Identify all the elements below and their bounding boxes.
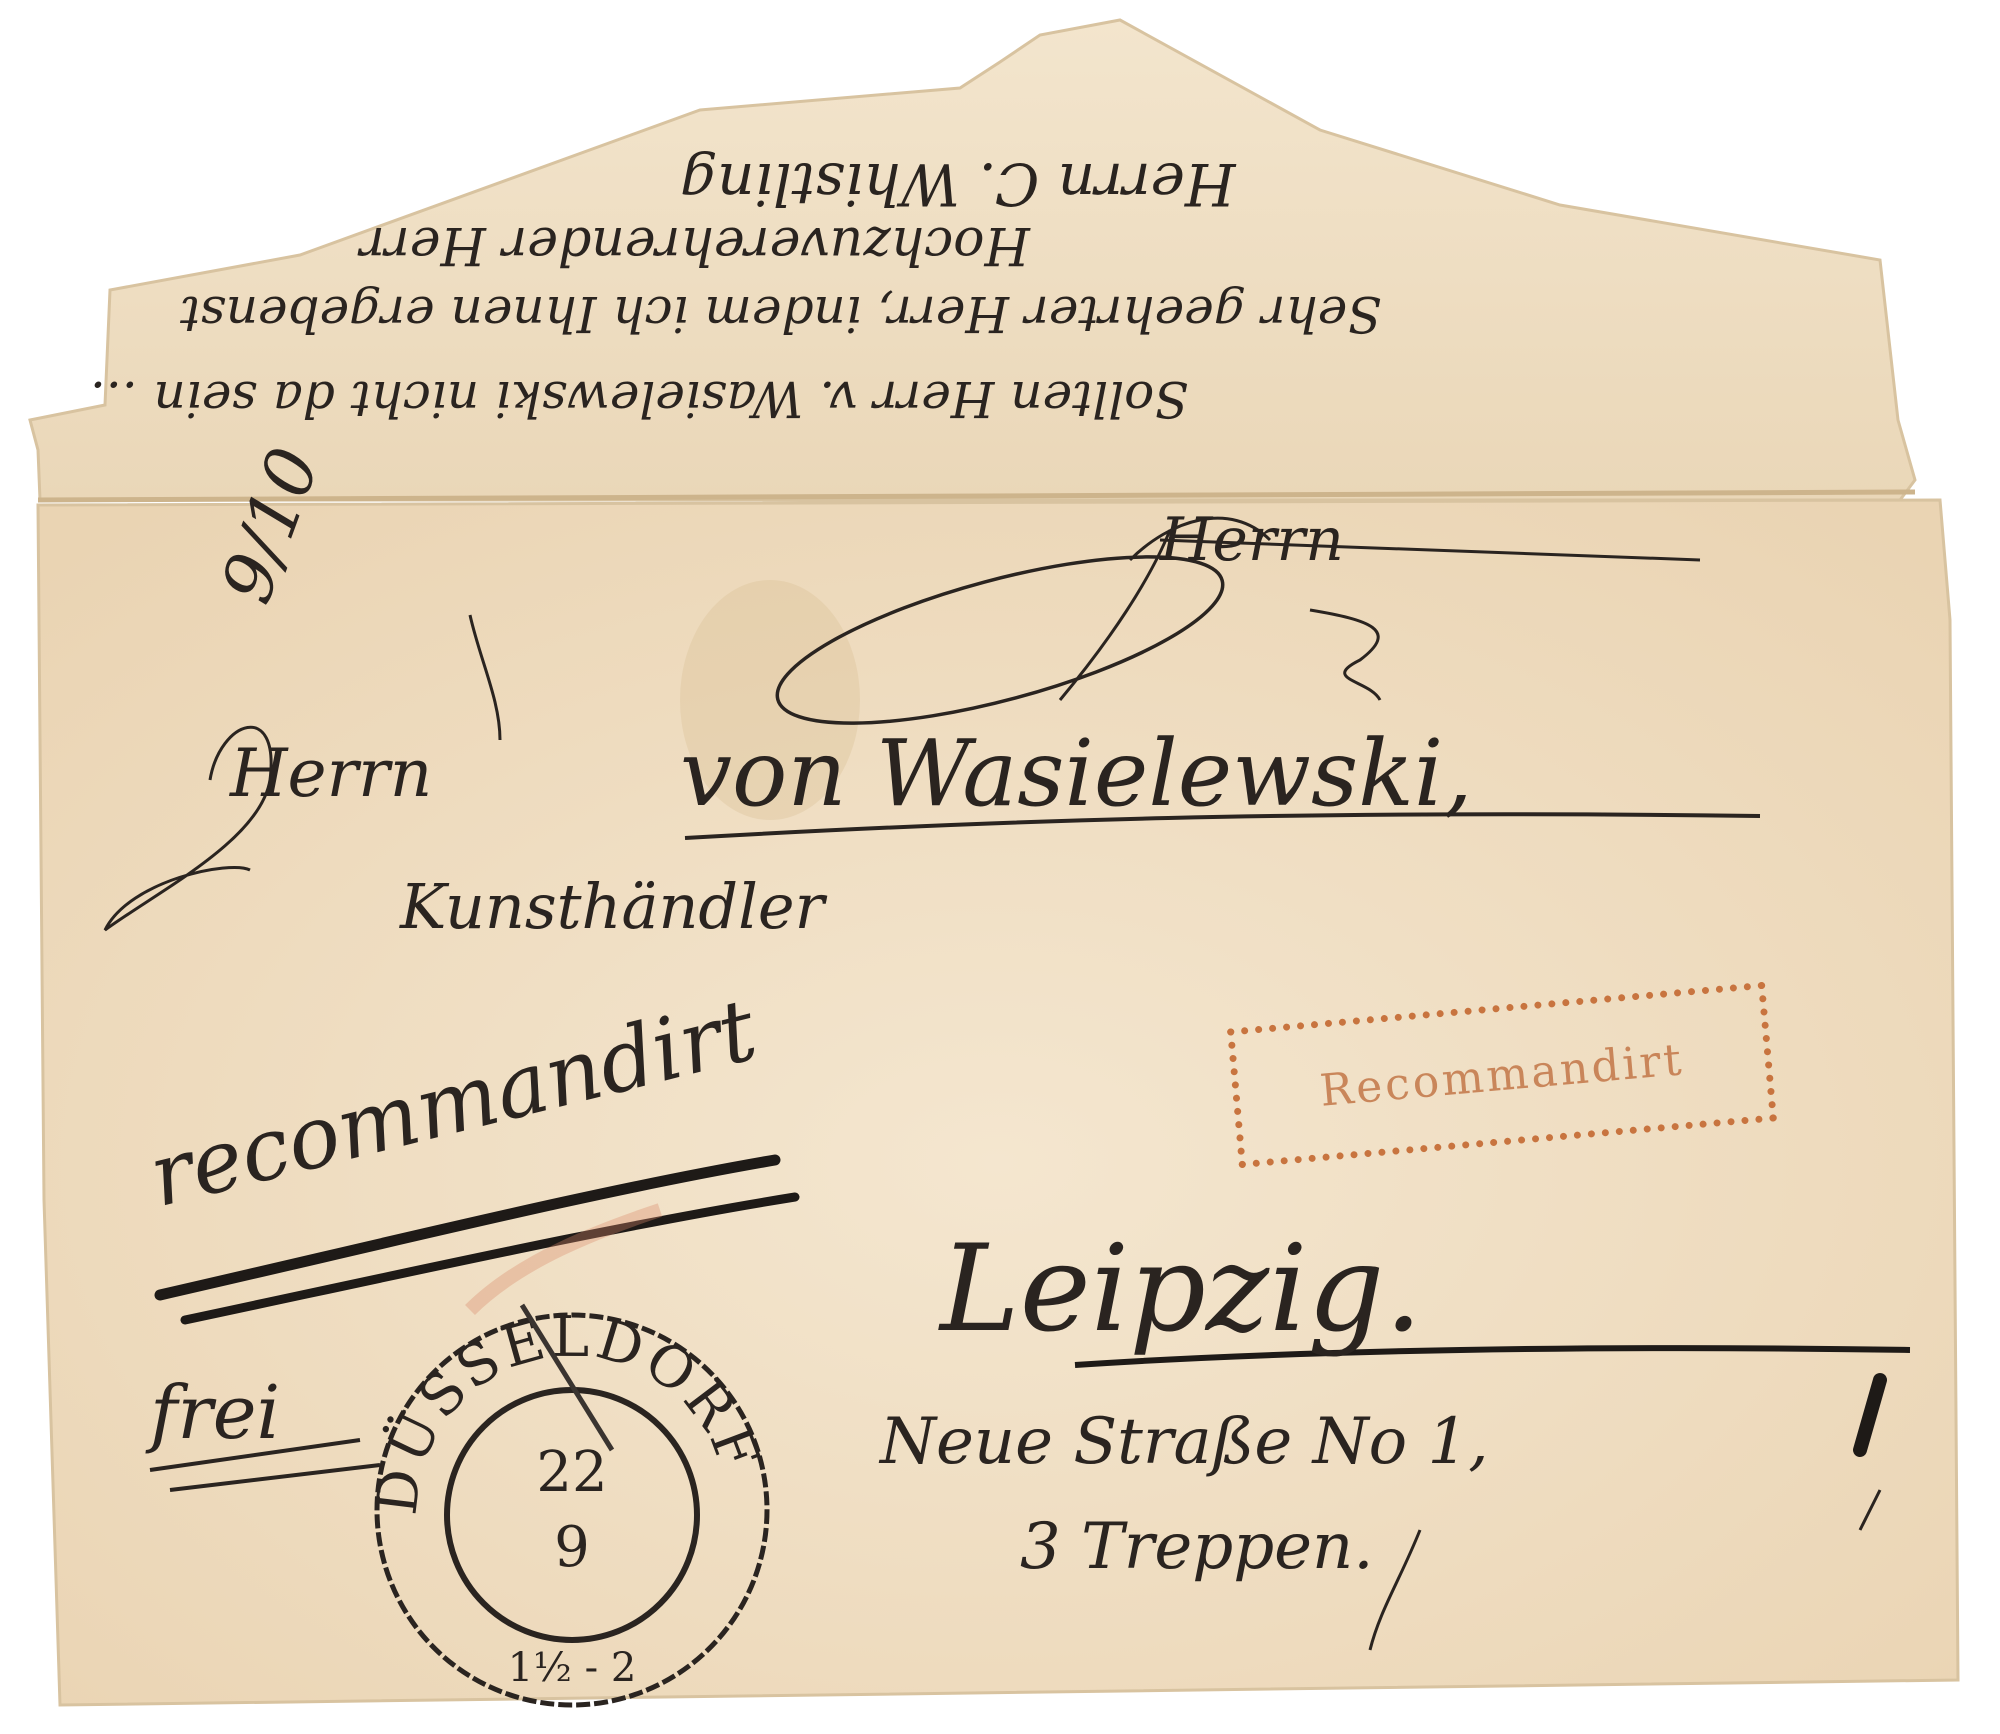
envelope-photo: Herrn C. Whistling Hochzuverehrender Her… [0,0,2000,1734]
addressee-occupation: Kunsthändler [400,870,824,943]
postmark-time: 1½ - 2 [362,1645,782,1691]
registered-stamp-text: Recommandirt [1318,1034,1686,1117]
frei-note: frei [150,1370,280,1456]
flap-line-4: Sollten Herr v. Wasielewski nicht da sei… [90,370,1189,428]
flap-line-2: Hochzuverehrender Herr [360,215,1030,275]
dusseldorf-postmark: DÜSSELDORF 22 9 1½ - 2 [362,1300,782,1720]
addressee-name: von Wasielewski, [680,720,1473,827]
street-address: Neue Straße No 1, [880,1405,1489,1479]
destination-city: Leipzig. [940,1220,1422,1359]
salutation: Herrn [230,735,432,812]
flap-line-1: Herrn C. Whistling [680,150,1236,218]
floor-address: 3 Treppen. [1020,1510,1374,1584]
postmark-month: 9 [362,1515,782,1580]
postmark-day: 22 [362,1440,782,1505]
salutation-top: Herrn [1160,505,1344,575]
flap-line-3: Sehr geehrter Herr, indem ich Ihnen erge… [180,285,1382,343]
